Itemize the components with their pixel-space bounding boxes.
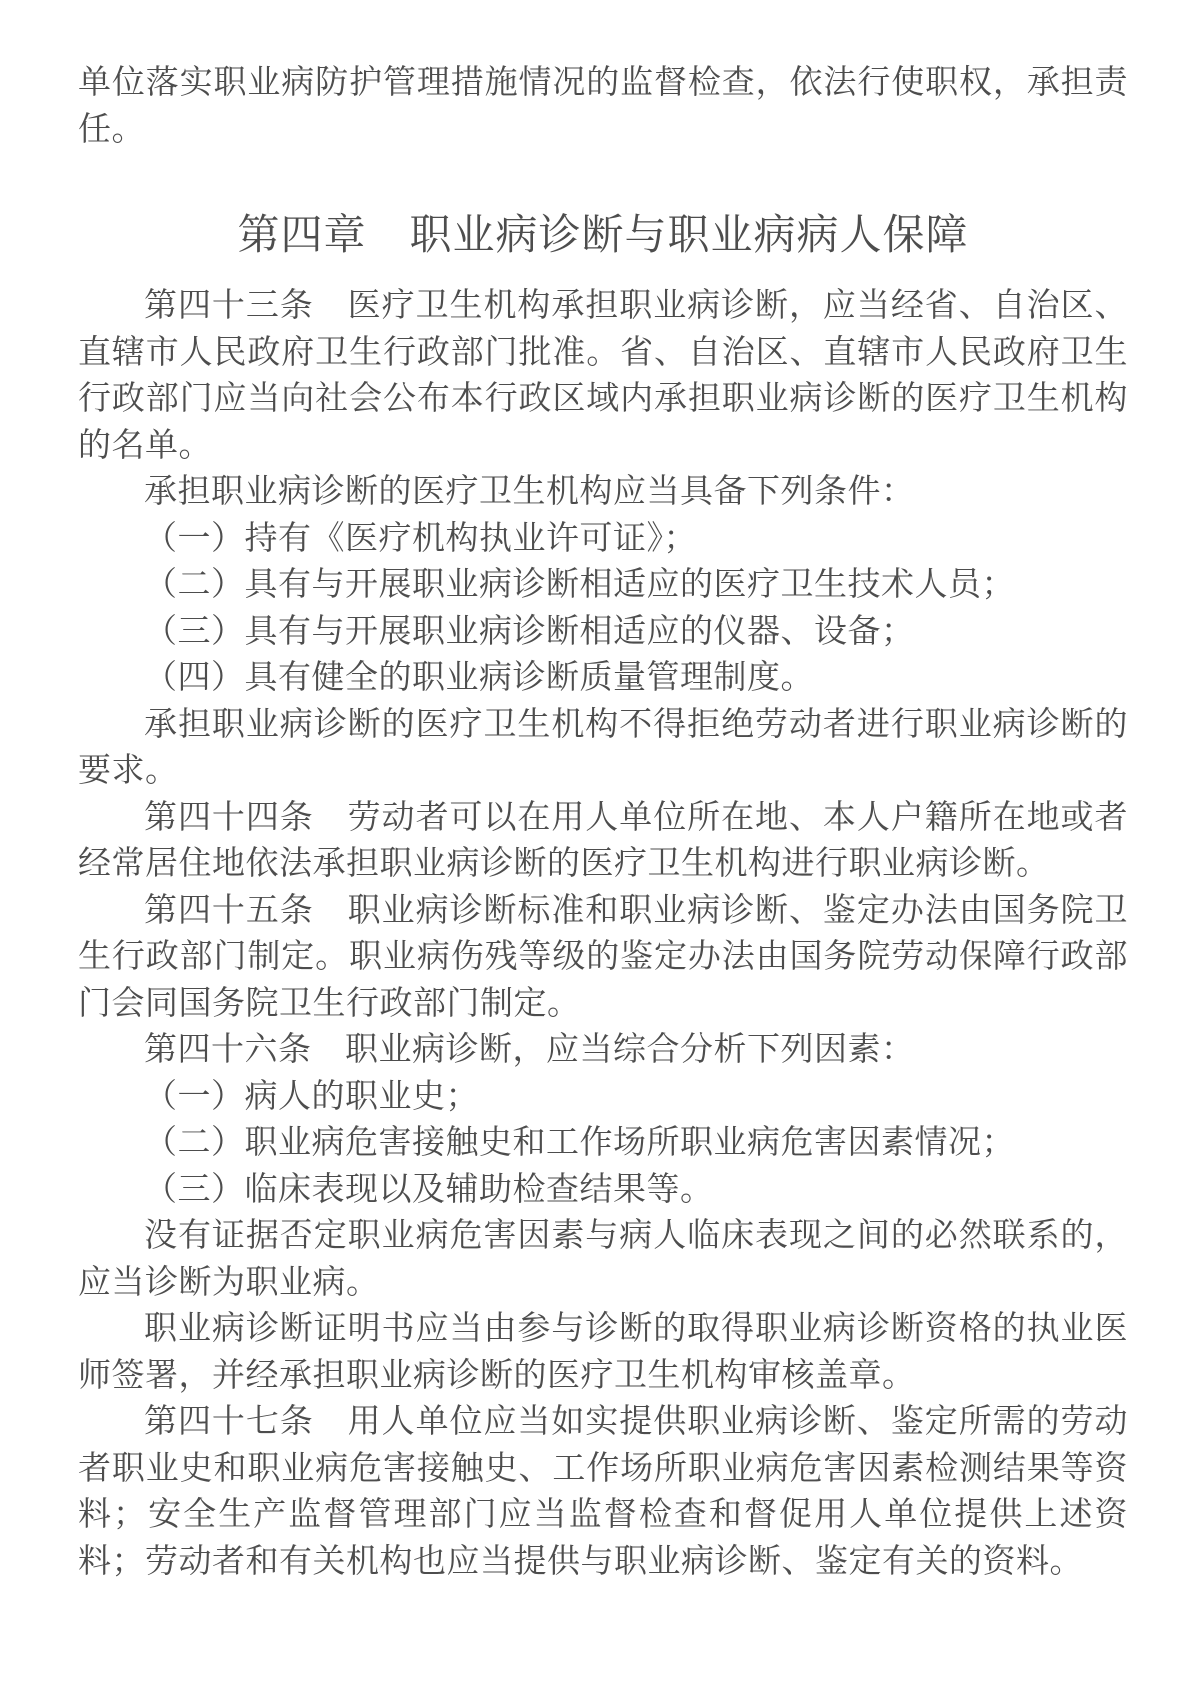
paragraph-diagnosis-rule: 没有证据否定职业病危害因素与病人临床表现之间的必然联系的，应当诊断为职业病。 [78,1212,1128,1305]
chapter-heading: 第四章 职业病诊断与职业病病人保障 [78,206,1128,266]
list-item-1: （一）持有《医疗机构执业许可证》； [78,515,1128,562]
paragraph-no-refusal: 承担职业病诊断的医疗卫生机构不得拒绝劳动者进行职业病诊断的要求。 [78,701,1128,794]
article-45-paragraph: 第四十五条 职业病诊断标准和职业病诊断、鉴定办法由国务院卫生行政部门制定。职业病… [78,887,1128,1027]
article-44-paragraph: 第四十四条 劳动者可以在用人单位所在地、本人户籍所在地或者经常居住地依法承担职业… [78,794,1128,887]
list-item-2: （二）具有与开展职业病诊断相适应的医疗卫生技术人员； [78,561,1128,608]
factor-item-3: （三）临床表现以及辅助检查结果等。 [78,1166,1128,1213]
document-page: 单位落实职业病防护管理措施情况的监督检查，依法行使职权，承担责任。 第四章 职业… [78,0,1128,1584]
paragraph-certificate: 职业病诊断证明书应当由参与诊断的取得职业病诊断资格的执业医师签署，并经承担职业病… [78,1305,1128,1398]
factor-item-1: （一）病人的职业史； [78,1073,1128,1120]
list-item-4: （四）具有健全的职业病诊断质量管理制度。 [78,654,1128,701]
paragraph-conditions-intro: 承担职业病诊断的医疗卫生机构应当具备下列条件： [78,468,1128,515]
factor-item-2: （二）职业病危害接触史和工作场所职业病危害因素情况； [78,1119,1128,1166]
article-43-paragraph: 第四十三条 医疗卫生机构承担职业病诊断，应当经省、自治区、直辖市人民政府卫生行政… [78,282,1128,468]
list-item-3: （三）具有与开展职业病诊断相适应的仪器、设备； [78,608,1128,655]
article-46-paragraph: 第四十六条 职业病诊断，应当综合分析下列因素： [78,1026,1128,1073]
paragraph-continuation: 单位落实职业病防护管理措施情况的监督检查，依法行使职权，承担责任。 [78,59,1128,152]
article-47-paragraph: 第四十七条 用人单位应当如实提供职业病诊断、鉴定所需的劳动者职业史和职业病危害接… [78,1398,1128,1584]
